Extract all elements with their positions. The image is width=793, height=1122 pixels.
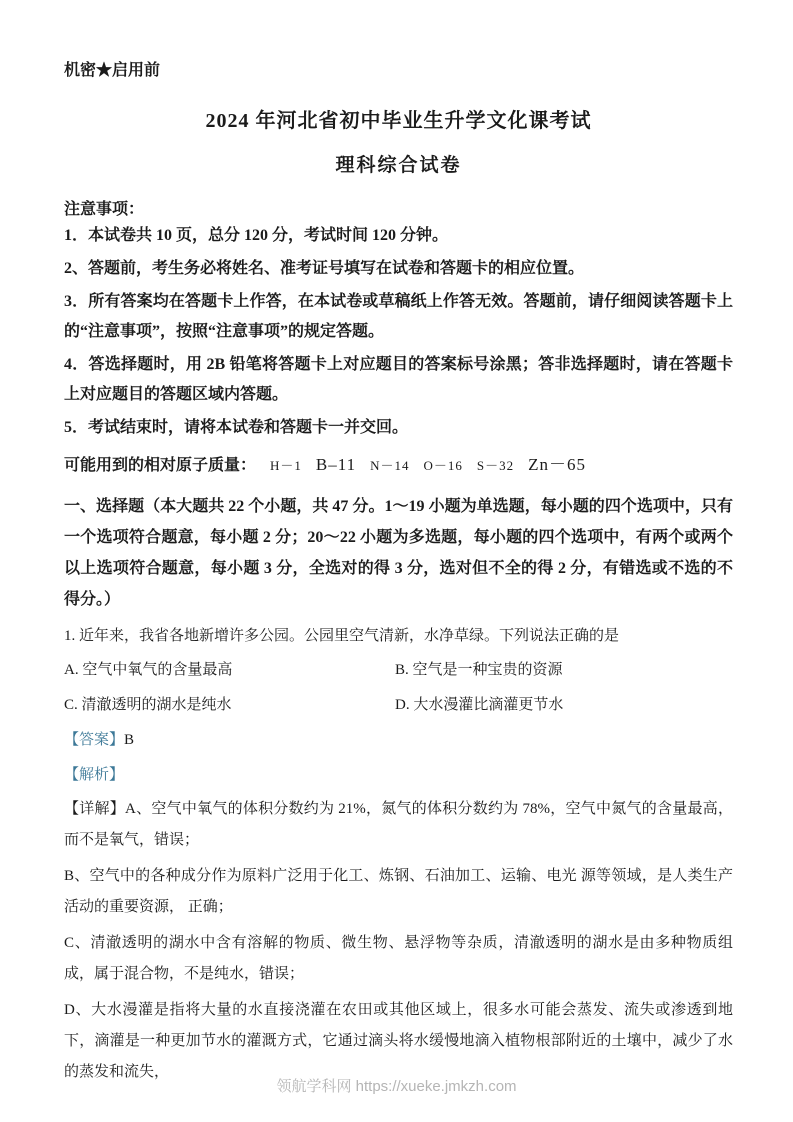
atomic-mass-label: 可能用到的相对原子质量： — [64, 457, 256, 474]
option-b: B. 空气是一种宝贵的资源 — [395, 659, 733, 681]
atomic-mass-line: 可能用到的相对原子质量：H－1B–11N－14O－16S－32Zn－65 — [64, 452, 733, 479]
exam-title: 2024 年河北省初中毕业生升学文化课考试 — [64, 104, 733, 133]
detail-paragraph-b: B、空气中的各种成分作为原料广泛用于化工、炼钢、石油加工、运输、电光 源等领域，… — [64, 861, 733, 923]
footer-watermark: 领航学科网 https://xueke.jmkzh.com — [0, 1075, 793, 1096]
atomic-mass-value-o: O－16 — [424, 458, 463, 473]
analysis-line: 【解析】 — [64, 764, 733, 786]
option-c: C. 清澈透明的湖水是纯水 — [64, 694, 395, 716]
option-d: D. 大水漫灌比滴灌更节水 — [395, 694, 733, 716]
atomic-mass-value-zn: Zn－65 — [528, 455, 586, 474]
notice-heading: 注意事项： — [64, 196, 733, 219]
exam-subtitle: 理科综合试卷 — [64, 150, 733, 177]
detail-label: 【详解】 — [64, 801, 125, 817]
answer-value: B — [124, 732, 134, 748]
notice-item-4: 4．答选择题时，用 2B 铅笔将答题卡上对应题目的答案标号涂黑；答非选择题时，请… — [64, 350, 733, 410]
analysis-label: 【解析】 — [64, 767, 124, 783]
question-1-options: A. 空气中氧气的含量最高 B. 空气是一种宝贵的资源 C. 清澈透明的湖水是纯… — [64, 659, 733, 716]
detail-paragraph-c: C、清澈透明的湖水中含有溶解的物质、微生物、悬浮物等杂质，清澈透明的湖水是由多种… — [64, 928, 733, 990]
exam-paper-page: 机密★启用前 2024 年河北省初中毕业生升学文化课考试 理科综合试卷 注意事项… — [0, 0, 793, 1122]
notice-item-2: 2、答题前，考生务必将姓名、准考证号填写在试卷和答题卡的相应位置。 — [64, 254, 733, 284]
atomic-mass-value-h: H－1 — [270, 458, 302, 473]
notice-item-3: 3．所有答案均在答题卡上作答，在本试卷或草稿纸上作答无效。答题前，请仔细阅读答题… — [64, 287, 733, 347]
detail-section: 【详解】A、空气中氧气的体积分数约为 21%，氮气的体积分数约为 78%，空气中… — [64, 794, 733, 1088]
atomic-mass-value-b: B–11 — [316, 455, 356, 474]
option-a: A. 空气中氧气的含量最高 — [64, 659, 395, 681]
atomic-mass-value-n: N－14 — [370, 458, 409, 473]
answer-label: 【答案】 — [64, 732, 124, 748]
question-1-stem: 1. 近年来，我省各地新增许多公园。公园里空气清新，水净草绿。下列说法正确的是 — [64, 624, 733, 648]
security-label: 机密★启用前 — [64, 60, 733, 82]
section-one-heading: 一、选择题（本大题共 22 个小题，共 47 分。1～19 小题为单选题，每小题… — [64, 491, 733, 615]
notice-item-1: 1．本试卷共 10 页，总分 120 分，考试时间 120 分钟。 — [64, 221, 733, 251]
answer-line: 【答案】B — [64, 729, 733, 751]
detail-paragraph-a: 【详解】A、空气中氧气的体积分数约为 21%，氮气的体积分数约为 78%，空气中… — [64, 794, 733, 856]
atomic-mass-value-s: S－32 — [477, 458, 514, 473]
notice-item-5: 5．考试结束时，请将本试卷和答题卡一并交回。 — [64, 413, 733, 443]
